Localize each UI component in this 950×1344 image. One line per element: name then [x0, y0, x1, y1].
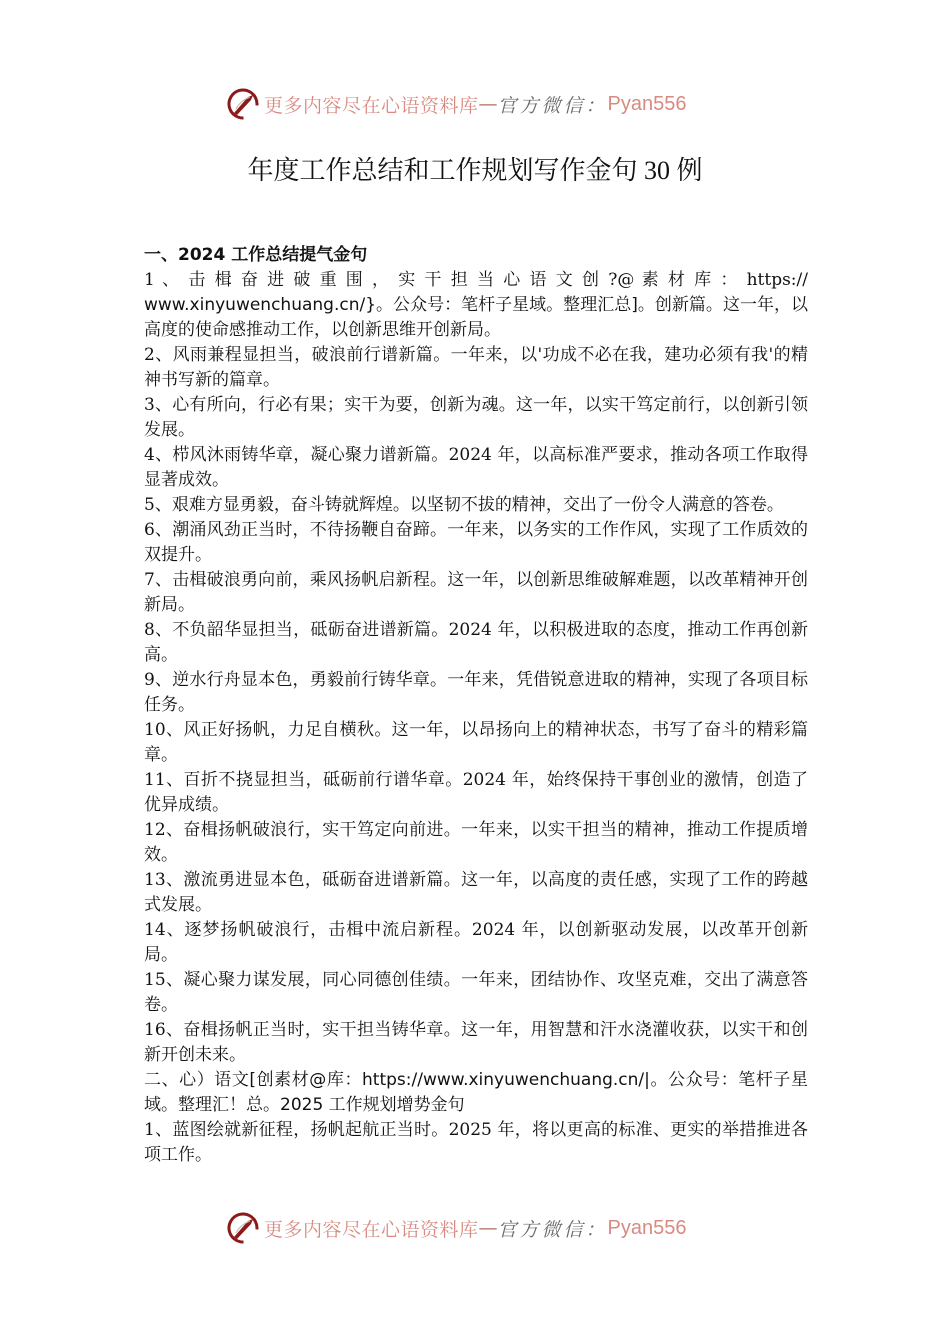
section-heading-2025-plan: 二、心）语文[创素材@库：https://www.xinyuwenchuang.…	[144, 1068, 808, 1118]
wechat-label: 官方微信：	[498, 91, 608, 118]
list-item: 5、艰难方显勇毅，奋斗铸就辉煌。以坚韧不拔的精神，交出了一份令人满意的答卷。	[144, 493, 808, 518]
list-item-1-rest: www.xinyuwenchuang.cn/}。公众号：笔杆子星域。整理汇总]。…	[144, 293, 808, 343]
list-item: 14、逐梦扬帆破浪行，击楫中流启新程。2024 年，以创新驱动发展，以改革开创新…	[144, 918, 808, 968]
list-item: 4、栉风沐雨铸华章，凝心聚力谱新篇。2024 年，以高标准严要求，推动各项工作取…	[144, 443, 808, 493]
list-item: 2、风雨兼程显担当，破浪前行谱新篇。一年来，以'功成不必在我，建功必须有我'的精…	[144, 343, 808, 393]
wechat-id: Pyan556	[608, 93, 687, 116]
quill-pen-logo-icon	[226, 87, 260, 121]
list-item: 16、奋楫扬帆正当时，实干担当铸华章。这一年，用智慧和汗水浇灌收获，以实干和创新…	[144, 1018, 808, 1068]
list-item: 13、激流勇进显本色，砥砺奋进谱新篇。这一年，以高度的责任感，实现了工作的跨越式…	[144, 868, 808, 918]
section-heading-2024-summary: 一、2024 工作总结提气金句	[144, 243, 808, 268]
dash-separator: —	[479, 1217, 498, 1239]
document-title: 年度工作总结和工作规划写作金句 30 例	[0, 150, 950, 187]
list-item: 6、潮涌风劲正当时，不待扬鞭自奋蹄。一年来，以务实的工作作风，实现了工作质效的双…	[144, 518, 808, 568]
list-item: 12、奋楫扬帆破浪行，实干笃定向前进。一年来，以实干担当的精神，推动工作提质增效…	[144, 818, 808, 868]
list-item: 10、风正好扬帆，力足自横秋。这一年，以昂扬向上的精神状态，书写了奋斗的精彩篇章…	[144, 718, 808, 768]
list-item: 7、击楫破浪勇向前，乘风扬帆启新程。这一年，以创新思维破解难题，以改革精神开创新…	[144, 568, 808, 618]
list-item: 11、百折不挠显担当，砥砺前行谱华章。2024 年，始终保持干事创业的激情，创造…	[144, 768, 808, 818]
list-item-1-line1: 1 、 击 楫 奋 进 破 重 围 ， 实 干 担 当 心 语 文 创 ?@ 素…	[144, 268, 808, 293]
wechat-label: 官方微信：	[498, 1215, 608, 1242]
header-watermark-banner: 更多内容尽在心语资料库 — 官方微信： Pyan556	[226, 84, 726, 124]
document-body: 一、2024 工作总结提气金句 1 、 击 楫 奋 进 破 重 围 ， 实 干 …	[144, 243, 808, 1168]
site-promo-text: 更多内容尽在心语资料库	[264, 91, 479, 118]
list-item: 1、蓝图绘就新征程，扬帆起航正当时。2025 年，将以更高的标准、更实的举措推进…	[144, 1118, 808, 1168]
footer-watermark-banner: 更多内容尽在心语资料库 — 官方微信： Pyan556	[226, 1208, 726, 1248]
site-promo-text: 更多内容尽在心语资料库	[264, 1215, 479, 1242]
quill-pen-logo-icon	[226, 1211, 260, 1245]
list-item: 9、逆水行舟显本色，勇毅前行铸华章。一年来，凭借锐意进取的精神，实现了各项目标任…	[144, 668, 808, 718]
list-item: 8、不负韶华显担当，砥砺奋进谱新篇。2024 年，以积极进取的态度，推动工作再创…	[144, 618, 808, 668]
list-item: 15、凝心聚力谋发展，同心同德创佳绩。一年来，团结协作、攻坚克难，交出了满意答卷…	[144, 968, 808, 1018]
list-item: 3、心有所向，行必有果；实干为要，创新为魂。这一年，以实干笃定前行，以创新引领发…	[144, 393, 808, 443]
wechat-id: Pyan556	[608, 1217, 687, 1240]
dash-separator: —	[479, 93, 498, 115]
